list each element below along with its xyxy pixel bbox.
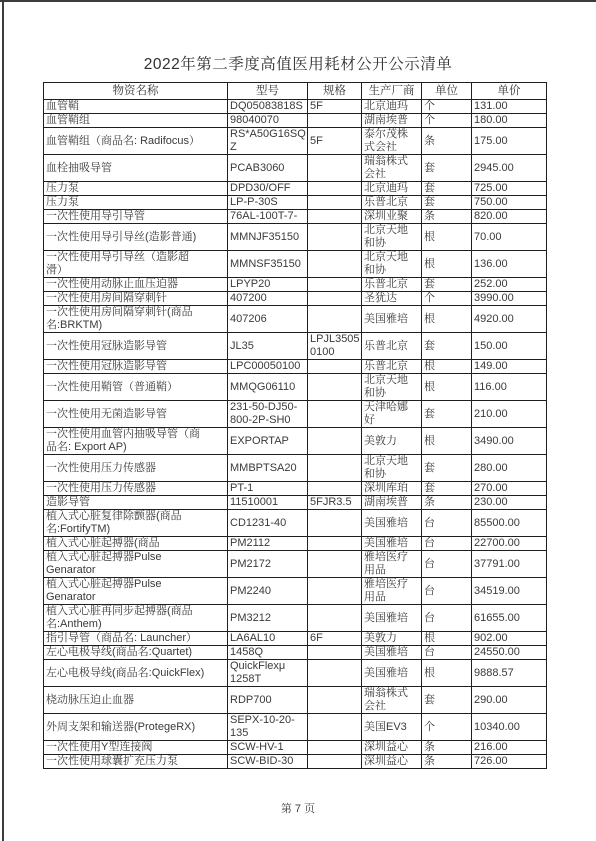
cell-unit-price: 270.00	[472, 482, 547, 496]
cell-material-name: 一次性使用鞘管（普通鞘）	[44, 374, 228, 401]
cell-unit: 条	[422, 496, 472, 510]
table-row: 一次性使用球囊扩充压力泵 SCW-BID-30 深圳益心 条 726.00	[44, 755, 547, 769]
cell-unit: 套	[422, 333, 472, 360]
cell-unit: 台	[422, 537, 472, 551]
cell-unit: 根	[422, 632, 472, 646]
cell-unit: 套	[422, 482, 472, 496]
cell-model: DPD30/OFF	[228, 182, 308, 196]
cell-material-name: 一次性使用房间隔穿刺针(商品 名:BRKTM)	[44, 306, 228, 333]
cell-material-name: 一次性使用导引导丝(造影普通)	[44, 224, 228, 251]
header-model: 型号	[228, 83, 308, 100]
cell-unit-price: 902.00	[472, 632, 547, 646]
cell-material-name: 压力泵	[44, 196, 228, 210]
cell-model: LA6AL10	[228, 632, 308, 646]
table-row: 植入式心脏起搏器(商品 PM2112 美国雅培 台 22700.00	[44, 537, 547, 551]
cell-manufacturer: 北京天地 和协	[362, 455, 422, 482]
cell-unit: 条	[422, 755, 472, 769]
cell-material-name: 一次性使用冠脉造影导管	[44, 360, 228, 374]
cell-unit-price: 725.00	[472, 182, 547, 196]
cell-manufacturer: 乐普北京	[362, 278, 422, 292]
cell-unit: 条	[422, 210, 472, 224]
cell-spec	[308, 401, 362, 428]
cell-spec	[308, 210, 362, 224]
cell-manufacturer: 深圳益心	[362, 741, 422, 755]
cell-unit-price: 4920.00	[472, 306, 547, 333]
cell-manufacturer: 湖南埃普	[362, 496, 422, 510]
table-row: 一次性使用压力传感器 PT-1 深圳库珀 套 270.00	[44, 482, 547, 496]
cell-model: EXPORTAP	[228, 428, 308, 455]
cell-unit: 根	[422, 251, 472, 278]
cell-manufacturer: 深圳益心	[362, 755, 422, 769]
cell-manufacturer: 北京迪玛	[362, 182, 422, 196]
cell-unit: 条	[422, 128, 472, 155]
cell-unit-price: 131.00	[472, 100, 547, 114]
cell-spec	[308, 551, 362, 578]
table-row: 一次性使用冠脉造影导管 LPC00050100 乐普北京 根 149.00	[44, 360, 547, 374]
header-spec: 规格	[308, 83, 362, 100]
cell-model: PCAB3060	[228, 155, 308, 182]
cell-spec	[308, 182, 362, 196]
cell-material-name: 植入式心脏再同步起搏器(商品 名:Anthem)	[44, 605, 228, 632]
cell-material-name: 一次性使用压力传感器	[44, 455, 228, 482]
cell-spec: 5F	[308, 128, 362, 155]
cell-unit: 根	[422, 306, 472, 333]
cell-manufacturer: 北京迪玛	[362, 100, 422, 114]
cell-spec	[308, 196, 362, 210]
cell-material-name: 一次性使用导引导丝（造影超 滑）	[44, 251, 228, 278]
header-unit-price: 单价	[472, 83, 547, 100]
cell-unit: 套	[422, 455, 472, 482]
cell-manufacturer: 美国雅培	[362, 537, 422, 551]
cell-material-name: 一次性使用冠脉造影导管	[44, 333, 228, 360]
cell-spec	[308, 510, 362, 537]
cell-model: MMNJF35150	[228, 224, 308, 251]
table-row: 一次性使用房间隔穿刺针(商品 名:BRKTM) 407206 美国雅培 根 49…	[44, 306, 547, 333]
cell-manufacturer: 雅培医疗 用品	[362, 578, 422, 605]
cell-unit-price: 290.00	[472, 687, 547, 714]
cell-unit: 套	[422, 401, 472, 428]
cell-material-name: 一次性使用无菌造影导管	[44, 401, 228, 428]
cell-unit: 根	[422, 374, 472, 401]
cell-material-name: 桡动脉压迫止血器	[44, 687, 228, 714]
cell-unit: 台	[422, 551, 472, 578]
cell-material-name: 左心电极导线(商品名:Quartet)	[44, 646, 228, 660]
cell-material-name: 植入式心脏起搏器(商品	[44, 537, 228, 551]
table-row: 一次性使用房间隔穿刺针 407200 圣犹达 个 3990.00	[44, 292, 547, 306]
table-row: 一次性使用压力传感器 MMBPTSA20 北京天地 和协 套 280.00	[44, 455, 547, 482]
cell-model: DQ05083818S	[228, 100, 308, 114]
cell-spec	[308, 482, 362, 496]
cell-material-name: 一次性使用Y型连接阀	[44, 741, 228, 755]
page-edge-top	[0, 0, 596, 2]
cell-spec	[308, 428, 362, 455]
document-page: { "page": { "title": "2022年第二季度高值医用耗材公开公…	[0, 0, 596, 841]
cell-unit-price: 726.00	[472, 755, 547, 769]
cell-material-name: 左心电极导线(商品名:QuickFlex)	[44, 660, 228, 687]
cell-material-name: 外周支架和输送器(ProtegeRX)	[44, 714, 228, 741]
cell-material-name: 一次性使用导引导管	[44, 210, 228, 224]
cell-model: PM2240	[228, 578, 308, 605]
cell-unit-price: 216.00	[472, 741, 547, 755]
cell-material-name: 血管鞘	[44, 100, 228, 114]
cell-spec	[308, 224, 362, 251]
cell-material-name: 一次性使用房间隔穿刺针	[44, 292, 228, 306]
cell-unit: 根	[422, 224, 472, 251]
cell-spec	[308, 714, 362, 741]
table-row: 左心电极导线(商品名:Quartet) 1458Q 美国雅培 台 24550.0…	[44, 646, 547, 660]
cell-unit-price: 175.00	[472, 128, 547, 155]
cell-material-name: 一次性使用压力传感器	[44, 482, 228, 496]
table-row: 血管鞘 DQ05083818S 5F 北京迪玛 个 131.00	[44, 100, 547, 114]
cell-unit-price: 37791.00	[472, 551, 547, 578]
cell-material-name: 植入式心脏起搏器Pulse Genarator	[44, 551, 228, 578]
cell-unit-price: 10340.00	[472, 714, 547, 741]
cell-unit-price: 61655.00	[472, 605, 547, 632]
cell-model: RS*A50G16SQ Z	[228, 128, 308, 155]
table-row: 植入式心脏起搏器Pulse Genarator PM2240 雅培医疗 用品 台…	[44, 578, 547, 605]
cell-spec	[308, 292, 362, 306]
cell-unit: 台	[422, 510, 472, 537]
table-row: 压力泵 LP-P-30S 乐普北京 套 750.00	[44, 196, 547, 210]
cell-model: LPC00050100	[228, 360, 308, 374]
cell-model: LPYP20	[228, 278, 308, 292]
cell-unit-price: 3490.00	[472, 428, 547, 455]
cell-unit-price: 180.00	[472, 114, 547, 128]
cell-material-name: 一次性使用球囊扩充压力泵	[44, 755, 228, 769]
cell-model: MMBPTSA20	[228, 455, 308, 482]
cell-model: 11510001	[228, 496, 308, 510]
cell-model: PT-1	[228, 482, 308, 496]
cell-spec	[308, 455, 362, 482]
cell-manufacturer: 美敦力	[362, 632, 422, 646]
cell-material-name: 血栓抽吸导管	[44, 155, 228, 182]
cell-unit: 个	[422, 100, 472, 114]
cell-spec	[308, 306, 362, 333]
cell-spec	[308, 537, 362, 551]
cell-manufacturer: 乐普北京	[362, 360, 422, 374]
cell-manufacturer: 北京天地 和协	[362, 374, 422, 401]
table-row: 指引导管（商品名: Launcher） LA6AL10 6F 美敦力 根 902…	[44, 632, 547, 646]
cell-unit-price: 136.00	[472, 251, 547, 278]
cell-unit: 套	[422, 182, 472, 196]
cell-model: PM3212	[228, 605, 308, 632]
cell-manufacturer: 北京天地 和协	[362, 224, 422, 251]
table-row: 一次性使用无菌造影导管 231-50-DJ50- 800-2P-SH0 天津哈娜…	[44, 401, 547, 428]
cell-spec: 5FJR3.5	[308, 496, 362, 510]
cell-unit-price: 750.00	[472, 196, 547, 210]
cell-spec	[308, 155, 362, 182]
table-row: 血栓抽吸导管 PCAB3060 瑞翁株式 会社 套 2945.00	[44, 155, 547, 182]
table-row: 桡动脉压迫止血器 RDP700 瑞翁株式 会社 套 290.00	[44, 687, 547, 714]
header-material-name: 物资名称	[44, 83, 228, 100]
cell-unit-price: 3990.00	[472, 292, 547, 306]
table-row: 血管鞘组 98040070 湖南埃普 个 180.00	[44, 114, 547, 128]
cell-spec	[308, 687, 362, 714]
cell-manufacturer: 美国雅培	[362, 646, 422, 660]
cell-unit-price: 820.00	[472, 210, 547, 224]
cell-material-name: 植入式心脏复律除颤器(商品 名:FortifyTM)	[44, 510, 228, 537]
cell-material-name: 指引导管（商品名: Launcher）	[44, 632, 228, 646]
cell-model: QuickFlexμ 1258T	[228, 660, 308, 687]
cell-spec	[308, 741, 362, 755]
cell-unit-price: 24550.00	[472, 646, 547, 660]
cell-model: 1458Q	[228, 646, 308, 660]
cell-model: 407200	[228, 292, 308, 306]
cell-unit: 套	[422, 196, 472, 210]
cell-spec	[308, 374, 362, 401]
cell-unit-price: 70.00	[472, 224, 547, 251]
table-row: 一次性使用冠脉造影导管 JL35 LPJL3505 0100 乐普北京 套 15…	[44, 333, 547, 360]
table-row: 一次性使用导引导丝(造影普通) MMNJF35150 北京天地 和协 根 70.…	[44, 224, 547, 251]
table-row: 一次性使用导引导丝（造影超 滑） MMNSF35150 北京天地 和协 根 13…	[44, 251, 547, 278]
table-row: 左心电极导线(商品名:QuickFlex) QuickFlexμ 1258T 美…	[44, 660, 547, 687]
cell-model: 231-50-DJ50- 800-2P-SH0	[228, 401, 308, 428]
cell-unit: 台	[422, 578, 472, 605]
cell-unit-price: 210.00	[472, 401, 547, 428]
cell-unit: 根	[422, 360, 472, 374]
cell-unit: 条	[422, 741, 472, 755]
cell-manufacturer: 美国雅培	[362, 510, 422, 537]
cell-unit-price: 85500.00	[472, 510, 547, 537]
cell-unit: 根	[422, 428, 472, 455]
cell-model: MMQG06110	[228, 374, 308, 401]
table-row: 一次性使用鞘管（普通鞘） MMQG06110 北京天地 和协 根 116.00	[44, 374, 547, 401]
cell-spec	[308, 360, 362, 374]
cell-manufacturer: 美国EV3	[362, 714, 422, 741]
cell-unit-price: 150.00	[472, 333, 547, 360]
page-number: 第 7 页	[0, 800, 596, 816]
cell-material-name: 植入式心脏起搏器Pulse Genarator	[44, 578, 228, 605]
cell-unit-price: 2945.00	[472, 155, 547, 182]
cell-unit: 台	[422, 646, 472, 660]
cell-unit: 套	[422, 278, 472, 292]
cell-unit-price: 230.00	[472, 496, 547, 510]
cell-model: PM2172	[228, 551, 308, 578]
cell-unit: 套	[422, 687, 472, 714]
cell-material-name: 血管鞘组	[44, 114, 228, 128]
cell-manufacturer: 深圳库珀	[362, 482, 422, 496]
cell-spec: 5F	[308, 100, 362, 114]
cell-unit-price: 9888.57	[472, 660, 547, 687]
cell-spec	[308, 278, 362, 292]
cell-spec: LPJL3505 0100	[308, 333, 362, 360]
cell-manufacturer: 美国雅培	[362, 660, 422, 687]
cell-unit-price: 149.00	[472, 360, 547, 374]
cell-material-name: 血管鞘组（商品名: Radifocus）	[44, 128, 228, 155]
cell-unit-price: 116.00	[472, 374, 547, 401]
cell-spec	[308, 755, 362, 769]
cell-manufacturer: 深圳业聚	[362, 210, 422, 224]
cell-model: 76AL-100T-7-	[228, 210, 308, 224]
table-row: 压力泵 DPD30/OFF 北京迪玛 套 725.00	[44, 182, 547, 196]
cell-model: CD1231-40	[228, 510, 308, 537]
table-row: 一次性使用导引导管 76AL-100T-7- 深圳业聚 条 820.00	[44, 210, 547, 224]
cell-unit: 个	[422, 292, 472, 306]
table-row: 植入式心脏起搏器Pulse Genarator PM2172 雅培医疗 用品 台…	[44, 551, 547, 578]
cell-material-name: 压力泵	[44, 182, 228, 196]
table-row: 外周支架和输送器(ProtegeRX) SEPX-10-20- 135 美国EV…	[44, 714, 547, 741]
cell-spec	[308, 578, 362, 605]
cell-model: JL35	[228, 333, 308, 360]
cell-manufacturer: 瑞翁株式 会社	[362, 155, 422, 182]
cell-unit-price: 22700.00	[472, 537, 547, 551]
cell-manufacturer: 乐普北京	[362, 333, 422, 360]
page-title: 2022年第二季度高值医用耗材公开公示清单	[0, 0, 596, 74]
table-row: 一次性使用血管内抽吸导管（商 品名: Export AP) EXPORTAP 美…	[44, 428, 547, 455]
cell-model: SCW-BID-30	[228, 755, 308, 769]
cell-manufacturer: 圣犹达	[362, 292, 422, 306]
cell-spec	[308, 605, 362, 632]
table-row: 造影导管 11510001 5FJR3.5 湖南埃普 条 230.00	[44, 496, 547, 510]
cell-unit: 个	[422, 714, 472, 741]
cell-model: LP-P-30S	[228, 196, 308, 210]
cell-manufacturer: 雅培医疗 用品	[362, 551, 422, 578]
cell-spec	[308, 251, 362, 278]
cell-manufacturer: 泰尔茂株 式会社	[362, 128, 422, 155]
header-manufacturer: 生产厂商	[362, 83, 422, 100]
cell-manufacturer: 乐普北京	[362, 196, 422, 210]
header-unit: 单位	[422, 83, 472, 100]
cell-spec: 6F	[308, 632, 362, 646]
table-row: 血管鞘组（商品名: Radifocus） RS*A50G16SQ Z 5F 泰尔…	[44, 128, 547, 155]
cell-model: 98040070	[228, 114, 308, 128]
table-row: 一次性使用Y型连接阀 SCW-HV-1 深圳益心 条 216.00	[44, 741, 547, 755]
table-row: 一次性使用动脉止血压迫器 LPYP20 乐普北京 套 252.00	[44, 278, 547, 292]
cell-unit: 根	[422, 660, 472, 687]
table-header-row: 物资名称 型号 规格 生产厂商 单位 单价	[44, 83, 547, 100]
table-body: 血管鞘 DQ05083818S 5F 北京迪玛 个 131.00 血管鞘组 98…	[44, 100, 547, 769]
cell-model: SEPX-10-20- 135	[228, 714, 308, 741]
cell-manufacturer: 美敦力	[362, 428, 422, 455]
cell-unit: 套	[422, 155, 472, 182]
cell-manufacturer: 天津哈娜 好	[362, 401, 422, 428]
cell-material-name: 造影导管	[44, 496, 228, 510]
page-edge-left	[2, 0, 4, 841]
cell-spec	[308, 114, 362, 128]
cell-material-name: 一次性使用动脉止血压迫器	[44, 278, 228, 292]
materials-table: 物资名称 型号 规格 生产厂商 单位 单价 血管鞘 DQ05083818S 5F…	[43, 82, 547, 769]
cell-unit-price: 280.00	[472, 455, 547, 482]
cell-unit-price: 34519.00	[472, 578, 547, 605]
cell-material-name: 一次性使用血管内抽吸导管（商 品名: Export AP)	[44, 428, 228, 455]
cell-spec	[308, 646, 362, 660]
cell-manufacturer: 北京天地 和协	[362, 251, 422, 278]
cell-model: RDP700	[228, 687, 308, 714]
table-row: 植入式心脏复律除颤器(商品 名:FortifyTM) CD1231-40 美国雅…	[44, 510, 547, 537]
cell-unit-price: 252.00	[472, 278, 547, 292]
cell-model: 407206	[228, 306, 308, 333]
cell-unit: 台	[422, 605, 472, 632]
cell-model: SCW-HV-1	[228, 741, 308, 755]
cell-manufacturer: 瑞翁株式 会社	[362, 687, 422, 714]
cell-model: MMNSF35150	[228, 251, 308, 278]
table-row: 植入式心脏再同步起搏器(商品 名:Anthem) PM3212 美国雅培 台 6…	[44, 605, 547, 632]
cell-manufacturer: 湖南埃普	[362, 114, 422, 128]
cell-unit: 个	[422, 114, 472, 128]
cell-manufacturer: 美国雅培	[362, 605, 422, 632]
cell-manufacturer: 美国雅培	[362, 306, 422, 333]
cell-model: PM2112	[228, 537, 308, 551]
cell-spec	[308, 660, 362, 687]
